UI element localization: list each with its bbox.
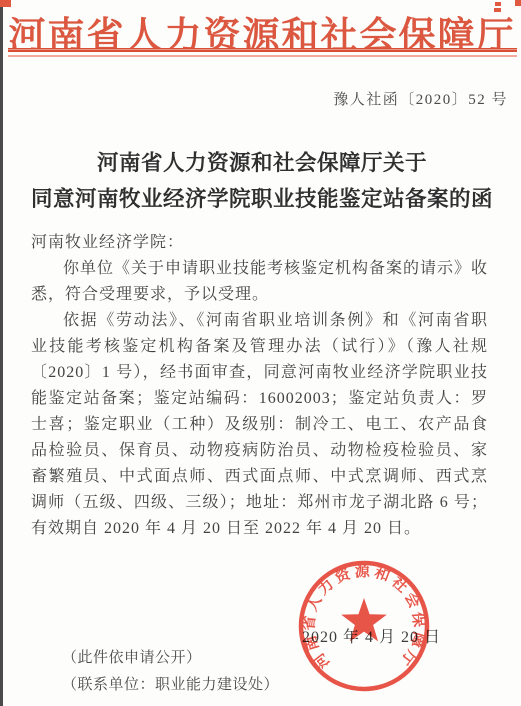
letterhead-rule-shadow xyxy=(8,55,517,57)
official-seal: 河南省人力资源和社会保障厅 xyxy=(294,556,434,696)
document-number: 豫人社函〔2020〕52 号 xyxy=(333,88,508,109)
document-body: 河南牧业经济学院： 你单位《关于申请职业技能考核鉴定机构备案的请示》收悉，符合受… xyxy=(31,230,488,542)
body-paragraph: 依据《劳动法》、《河南省职业培训条例》和《河南省职业技能考核鉴定机构备案及管理办… xyxy=(31,308,488,542)
scanned-official-letter: 河南省人力资源和社会保障厅 豫人社函〔2020〕52 号 河南省人力资源和社会保… xyxy=(0,0,521,706)
footnote-disclosure: （此件依申请公开） xyxy=(62,646,202,667)
letterhead-rule xyxy=(8,48,517,52)
footnote-contact-unit: （联系单位：职业能力建设处） xyxy=(62,673,279,694)
seal-star-icon xyxy=(341,598,387,641)
document-title-line2: 同意河南牧业经济学院职业技能鉴定站备案的函 xyxy=(3,181,521,217)
salutation: 河南牧业经济学院： xyxy=(31,230,488,256)
document-title-line1: 河南省人力资源和社会保障厅关于 xyxy=(3,145,521,181)
scan-edge-shadow xyxy=(0,0,3,706)
document-title: 河南省人力资源和社会保障厅关于 同意河南牧业经济学院职业技能鉴定站备案的函 xyxy=(3,145,521,217)
body-paragraph: 你单位《关于申请职业技能考核鉴定机构备案的请示》收悉，符合受理要求，予以受理。 xyxy=(31,256,488,308)
